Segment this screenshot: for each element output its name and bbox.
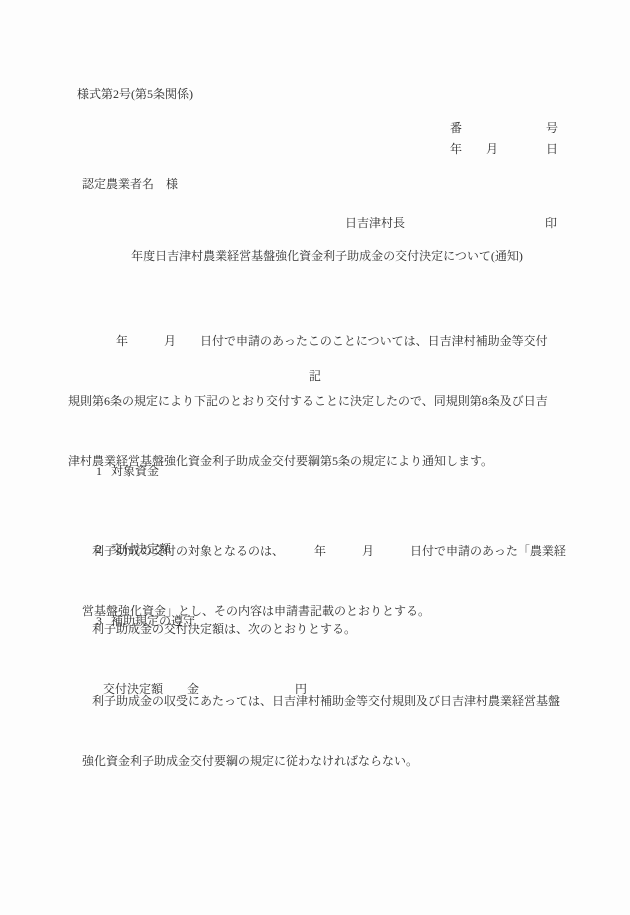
record-marker: 記 xyxy=(0,366,630,386)
item-3-heading-text: 補助規定の遵守 xyxy=(111,614,195,628)
item-1-heading-text: 対象資金 xyxy=(111,464,159,478)
document-title: 年度日吉津村農業経営基盤強化資金利子助成金の交付決定について(通知) xyxy=(0,246,630,266)
item-3-body-line: 強化資金利子助成金交付要綱の規定に従わなければならない。 xyxy=(68,751,578,771)
item-3-compliance: 3補助規定の遵守 利子助成金の収受にあたっては、日吉津村補助金等交付規則及び日吉… xyxy=(68,551,578,811)
document-page: 様式第2号(第5条関係) 番 号 年 月 日 認定農業者名 様 日吉津村長 印 … xyxy=(0,0,630,915)
item-3-heading: 3補助規定の遵守 xyxy=(68,591,578,651)
item-3-body-line: 利子助成金の収受にあたっては、日吉津村補助金等交付規則及び日吉津村農業経営基盤 xyxy=(68,691,578,711)
item-1-number: 1 xyxy=(96,461,111,481)
reference-number-line: 番 号 xyxy=(450,118,558,138)
sender-name: 日吉津村長 xyxy=(345,213,405,233)
form-number-label: 様式第2号(第5条関係) xyxy=(77,84,193,104)
issue-date-line: 年 月 日 xyxy=(450,139,558,159)
addressee-line: 認定農業者名 様 xyxy=(82,174,178,194)
paragraph-line: 年 月 日付で申請のあったこのことについては、日吉津村補助金等交付 xyxy=(68,331,568,351)
seal-mark: 印 xyxy=(545,213,557,233)
item-3-number: 3 xyxy=(96,611,111,631)
